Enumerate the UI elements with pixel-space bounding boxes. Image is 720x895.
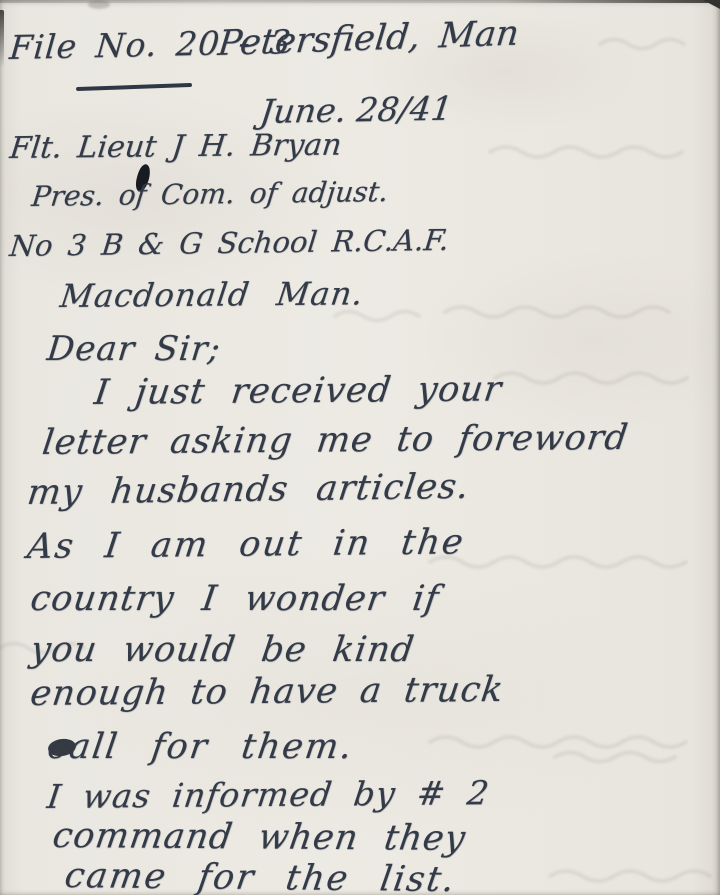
line-body: my husbands articles. [25, 467, 472, 513]
line-recipient-unit: No 3 B & G School R.C.A.F. [8, 223, 451, 263]
line-body: came for the list. [62, 856, 459, 895]
line-body: call for them. [45, 727, 356, 767]
line-date: June. 28/41 [258, 89, 455, 131]
scan-edge-artifact-corner [703, 0, 720, 9]
line-body: I just received your [92, 369, 504, 413]
letter-scan-page: File No. 20 - 3 Petersfield, Man June. 2… [0, 0, 720, 895]
line-body: you would be kind [28, 630, 417, 670]
line-body: country I wonder if [28, 579, 442, 619]
line-recipient-name: Flt. Lieut J H. Bryan [8, 128, 343, 166]
line-body: command when they [50, 816, 468, 859]
line-salutation: Dear Sir; [45, 329, 223, 369]
paper-smudge [88, 0, 110, 9]
scan-edge-artifact-left [0, 10, 4, 68]
underline-stroke [76, 83, 192, 91]
line-body: enough to have a truck [28, 670, 506, 714]
line-body: I was informed by # 2 [45, 773, 492, 816]
line-body: letter asking me to foreword [40, 418, 631, 463]
line-place: Petersfield, Man [216, 14, 521, 64]
line-body: As I am out in the [25, 522, 467, 567]
line-recipient-title: Pres. of Com. of adjust. [30, 175, 390, 213]
line-recipient-place: Macdonald Man. [58, 274, 366, 315]
